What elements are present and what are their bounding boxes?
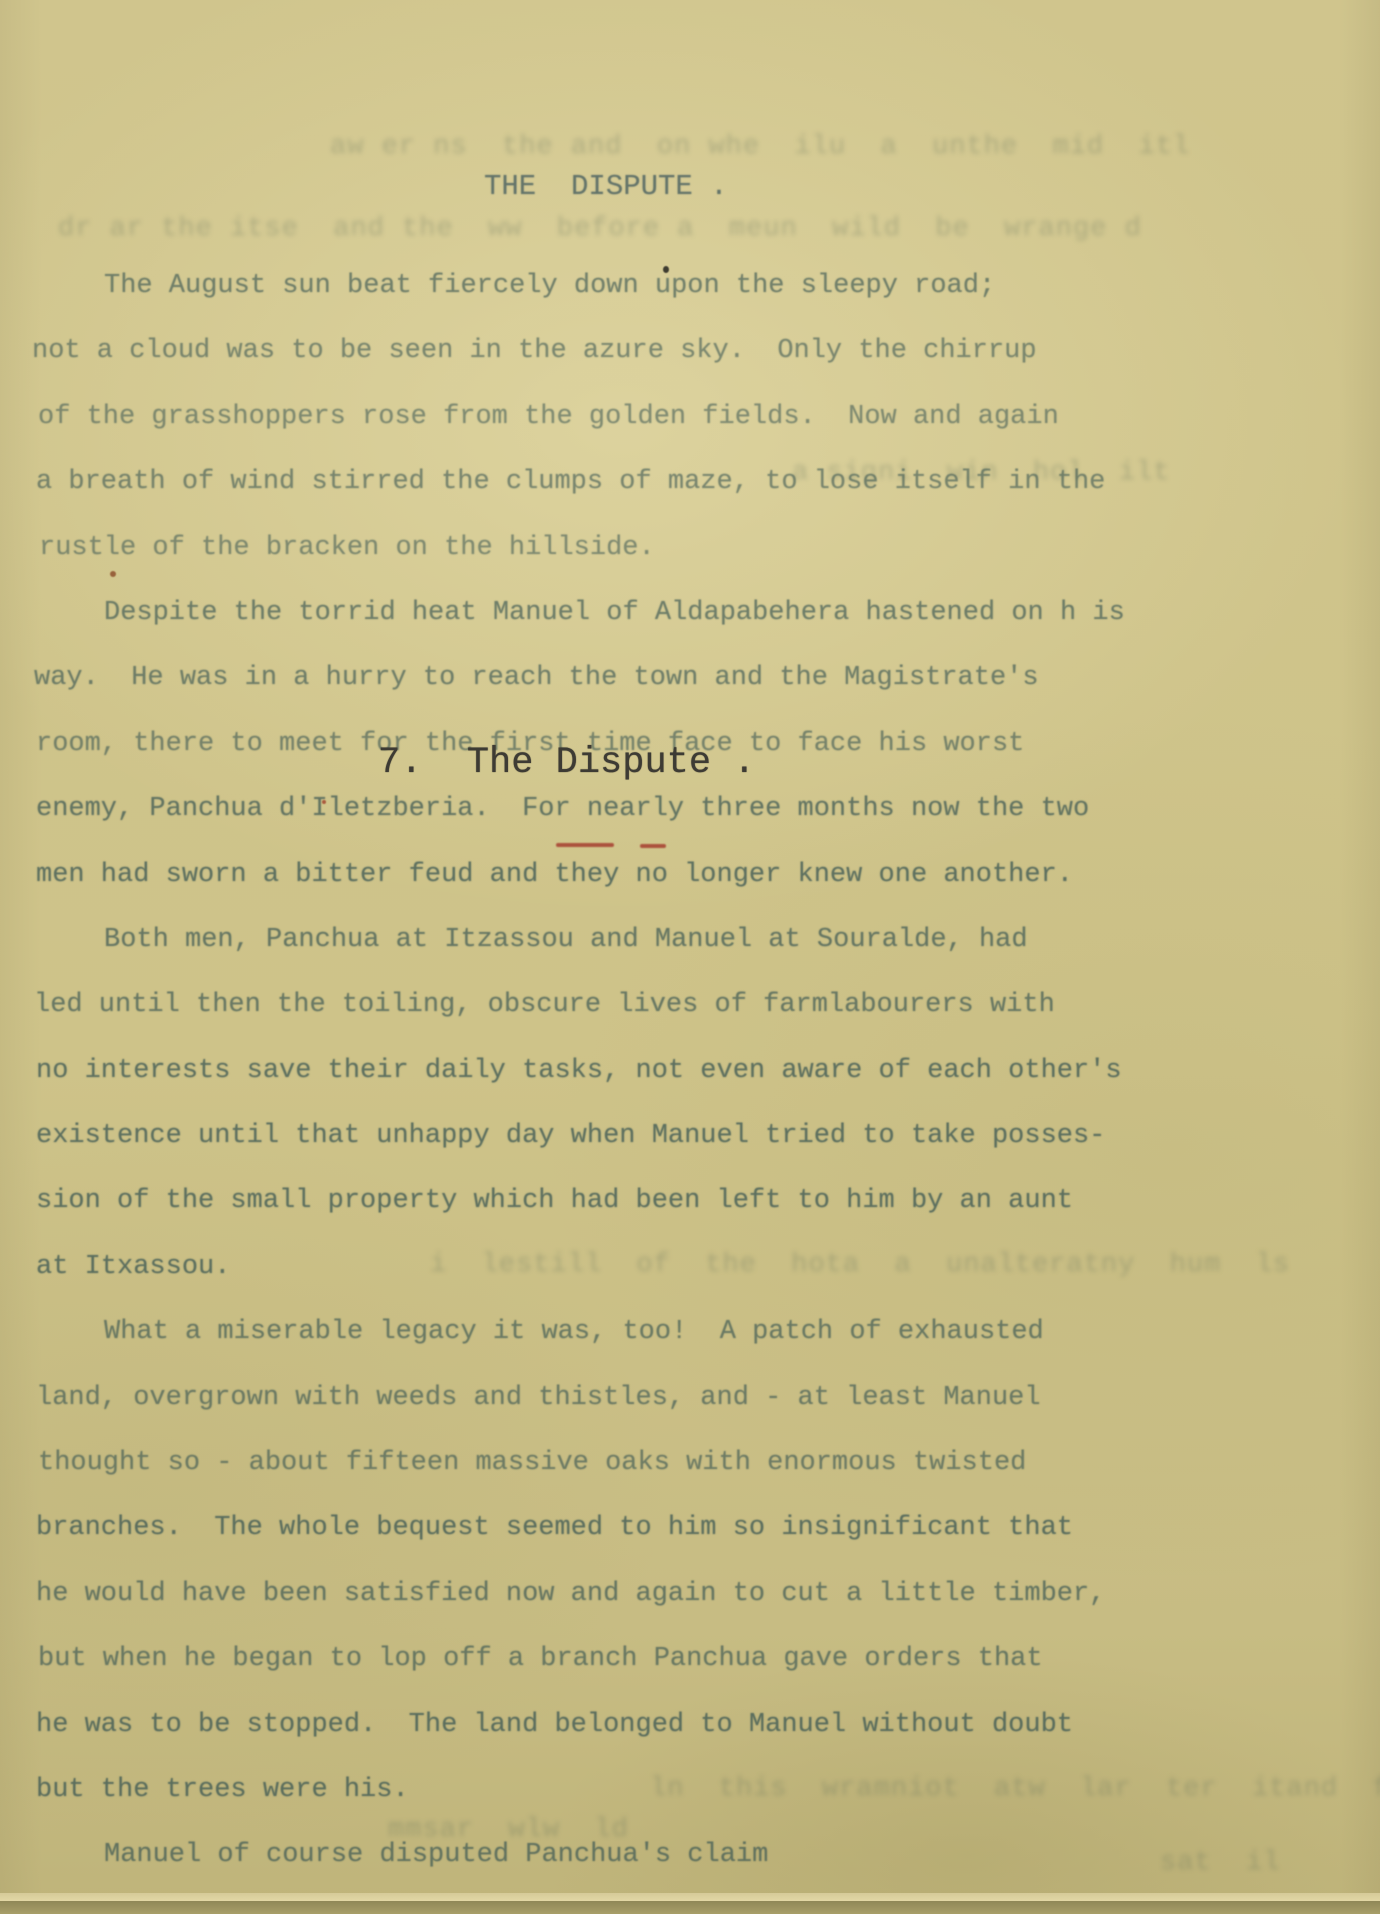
- typed-line: at Itxassou.: [36, 1235, 1236, 1300]
- body-text: The August sun beat fiercely down upon t…: [36, 254, 1236, 1889]
- typed-line: led until then the toiling, obscure live…: [34, 973, 1236, 1038]
- typed-line: but when he began to lop off a branch Pa…: [38, 1627, 1236, 1692]
- page-edge-shadow: [0, 1901, 1380, 1914]
- ink-speck: [663, 266, 669, 273]
- typed-line: no interests save their daily tasks, not…: [36, 1039, 1236, 1104]
- red-underline-mark: [556, 843, 614, 847]
- typed-line: thought so - about fifteen massive oaks …: [38, 1431, 1236, 1496]
- typed-line: Manuel of course disputed Panchua's clai…: [36, 1823, 1236, 1888]
- typewriter-text-layer: THE DISPUTE . The August sun beat fierce…: [0, 0, 1380, 1914]
- typed-line: men had sworn a bitter feud and they no …: [36, 843, 1236, 908]
- red-underline-mark: [640, 844, 666, 848]
- typed-line: The August sun beat fiercely down upon t…: [36, 254, 1236, 319]
- typed-line: a breath of wind stirred the clumps of m…: [36, 450, 1236, 515]
- typed-line: Both men, Panchua at Itzassou and Manuel…: [36, 908, 1236, 973]
- typed-line: sion of the small property which had bee…: [36, 1169, 1236, 1234]
- typed-line: but the trees were his.: [36, 1758, 1236, 1823]
- typed-line: not a cloud was to be seen in the azure …: [32, 319, 1236, 384]
- typed-line: way. He was in a hurry to reach the town…: [34, 646, 1236, 711]
- typed-line: branches. The whole bequest seemed to hi…: [36, 1496, 1236, 1561]
- typed-line: he would have been satisfied now and aga…: [36, 1562, 1236, 1627]
- typed-line: enemy, Panchua d'Iletzberia. For nearly …: [36, 777, 1236, 842]
- typed-line: of the grasshoppers rose from the golden…: [38, 385, 1236, 450]
- typed-line: existence until that unhappy day when Ma…: [36, 1104, 1236, 1169]
- typed-line: rustle of the bracken on the hillside.: [39, 516, 1236, 581]
- typed-line: Despite the torrid heat Manuel of Aldapa…: [36, 581, 1236, 646]
- typed-line: land, overgrown with weeds and thistles,…: [36, 1366, 1236, 1431]
- scanned-typewritten-page: aw er ns the and on whe ilu a unthe mid …: [0, 0, 1380, 1914]
- typed-line: he was to be stopped. The land belonged …: [36, 1693, 1236, 1758]
- paper-speck: [322, 800, 326, 804]
- page-edge-seam: [0, 1893, 1380, 1901]
- page-title: THE DISPUTE .: [484, 170, 728, 203]
- paper-speck: [110, 571, 116, 577]
- chapter-label: 7. The Dispute .: [378, 742, 755, 784]
- typed-line: What a miserable legacy it was, too! A p…: [36, 1300, 1236, 1365]
